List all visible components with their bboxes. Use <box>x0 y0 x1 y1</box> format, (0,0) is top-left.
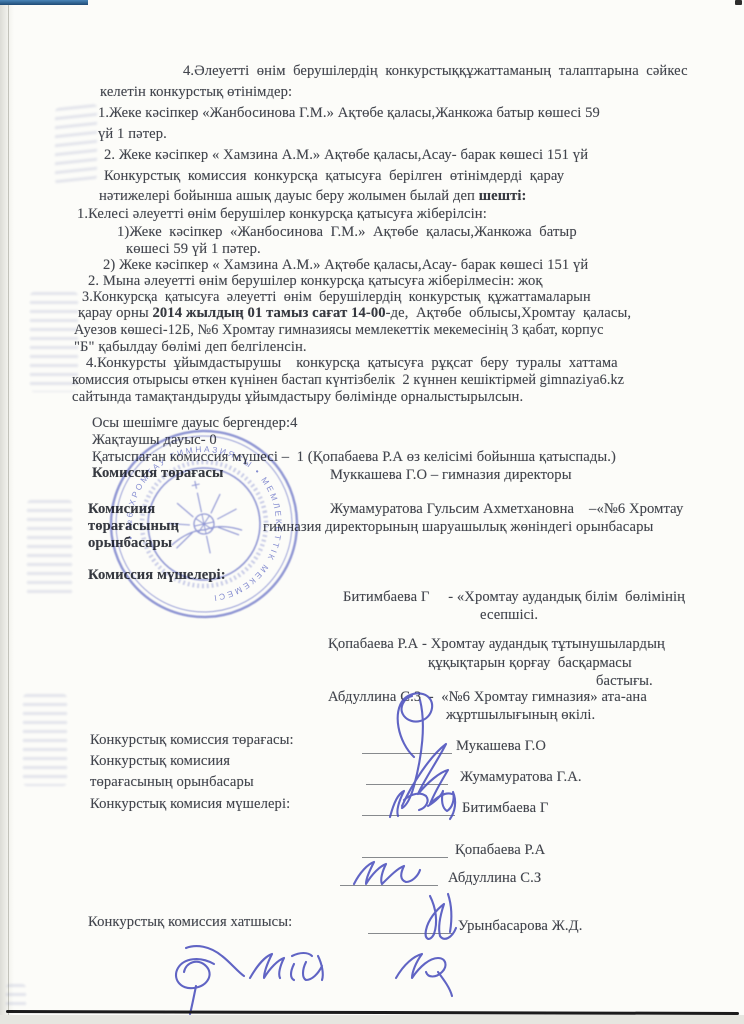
page-left-edge-line <box>8 0 9 1016</box>
signoff-secretary-label: Конкурстық комиссия хатшысы: <box>88 915 292 930</box>
signoff-chair-name: Мукашева Г.О <box>456 739 546 754</box>
signoff-member-name: Қопабаева Р.А <box>455 843 545 858</box>
commission-member: Битимбаева Г - «Хромтау аудандық білім б… <box>343 590 685 605</box>
signoff-member-name: Абдуллина С.З <box>448 871 541 886</box>
signature-rule <box>368 933 452 934</box>
scanned-document-page: 4.Әлеуетті өнім берушілердің конкурстыққ… <box>0 0 744 1024</box>
body-line: 1.Келесі әлеуетті өнім берушілер конкурс… <box>77 207 487 222</box>
signature-rule <box>366 784 448 785</box>
bleedthrough-smudge <box>6 984 26 1010</box>
signature-rule <box>362 753 452 754</box>
signoff-chair-label: Конкурстық комиссия төрағасы: <box>90 733 294 748</box>
signoff-deputy-label: Конкурстық комисиия <box>90 754 230 769</box>
bleedthrough-smudge <box>30 292 78 392</box>
signature-rule <box>362 815 455 816</box>
commission-member: құқықтарын қорғау басқармасы <box>428 656 632 671</box>
page-left-edge <box>0 0 14 1024</box>
page-bottom-margin <box>0 1015 744 1024</box>
body-line: 3.Конкурсқа қатысуға әлеуетті өнім беруш… <box>82 290 591 305</box>
body-text: қарау орны <box>78 305 153 321</box>
bottom-signature-2 <box>250 953 323 980</box>
bleedthrough-smudge <box>27 500 72 596</box>
commission-member: Қопабаева Р.А - Хромтау аудандық тұтынуш… <box>328 637 665 652</box>
deadline-date-text: 2014 жылдың 01 тамыз сағат 14-00 <box>153 305 386 321</box>
bottom-signature-1 <box>176 946 244 1014</box>
body-line: 1.Жеке кәсіпкер «Жанбосинова Г.М.» Ақтөб… <box>98 106 600 121</box>
scan-top-blue-bar <box>0 0 88 5</box>
signature-chair <box>398 693 432 808</box>
commission-deputy-value: гимназия директорының шаруашылық жөнінде… <box>263 520 653 535</box>
scan-top-right-speck <box>735 0 742 5</box>
body-line: сайтында тамақтандыруды ұйымдастыру бөлі… <box>72 390 523 405</box>
commission-member: жұртшылығының өкілі. <box>446 708 595 723</box>
official-stamp: • №6 ХРОМТАУ ГИМНАЗИЯСЫ • МЕМЛЕКЕТТІК МЕ… <box>88 408 320 640</box>
signoff-deputy-label: төрағасының орынбасары <box>90 775 254 790</box>
body-line: Ауезов көшесі-12Б, №6 Хромтау гимназиясы… <box>74 323 603 338</box>
bleedthrough-smudge <box>55 104 97 184</box>
body-line: қарау орны 2014 жылдың 01 тамыз сағат 14… <box>78 306 631 321</box>
body-text: нәтижелері бойынша ашық дауыс беру жолым… <box>99 188 479 204</box>
stamp-emblem <box>160 473 246 560</box>
signoff-members-label: Конкурстық комисия мүшелері: <box>90 797 290 812</box>
commission-member: есепшісі. <box>480 608 538 623</box>
signoff-member-name: Битимбаева Г <box>462 801 548 816</box>
bottom-signature-3 <box>396 954 452 996</box>
body-line: "Б" қабылдау бөлімі деп белгіленсін. <box>74 340 307 355</box>
bleedthrough-smudge <box>23 694 67 786</box>
body-line: 2. Жеке кәсіпкер « Хамзина А.М.» Ақтөбе … <box>104 148 588 163</box>
commission-deputy-value: Жумамуратова Гульсим Ахметхановна –«№6 Х… <box>330 502 683 517</box>
body-text: -де, Ақтөбе облысы,Хромтау қаласы, <box>386 305 631 321</box>
signature-rule <box>340 885 438 886</box>
body-line: нәтижелері бойынша ашық дауыс беру жолым… <box>99 189 527 204</box>
body-line: комиссия отырысы өткен күнінен бастап кү… <box>72 373 624 388</box>
commission-member: бастығы. <box>596 674 653 689</box>
commission-chair-value: Муккашева Г.О – гимназия директоры <box>330 468 572 483</box>
body-line: келетін конкурстық өтінімдер: <box>100 85 292 100</box>
body-line: 2) Жеке кәсіпкер « Хамзина А.М.» Ақтөбе … <box>103 258 588 273</box>
body-line: 1)Жеке кәсіпкер «Жанбосинова Г.М.» Ақтөб… <box>117 225 577 240</box>
signoff-secretary-name: Урынбасарова Ж.Д. <box>458 919 582 934</box>
body-line: көшесі 59 үй 1 пәтер. <box>126 242 261 257</box>
signature-rule <box>362 857 448 858</box>
signature-member-abdullina <box>354 862 420 884</box>
body-line: үй 1 пәтер. <box>98 127 167 142</box>
signoff-deputy-name: Жумамуратова Г.А. <box>460 770 582 785</box>
decision-keyword: шешті: <box>479 188 527 204</box>
body-line: Конкурстық комиссия конкурсқа қатысуға б… <box>104 169 564 184</box>
body-line: 2. Мына әлеуетті өнім берушілер конкурсқ… <box>88 274 543 289</box>
commission-member: Абдуллина С.З - «№6 Хромтау гимназия» ат… <box>328 690 647 705</box>
body-line: 4.Әлеуетті өнім берушілердің конкурстыққ… <box>183 64 688 79</box>
body-line: 4.Конкурсты ұйымдастырушы конкурсқа қаты… <box>86 356 618 371</box>
